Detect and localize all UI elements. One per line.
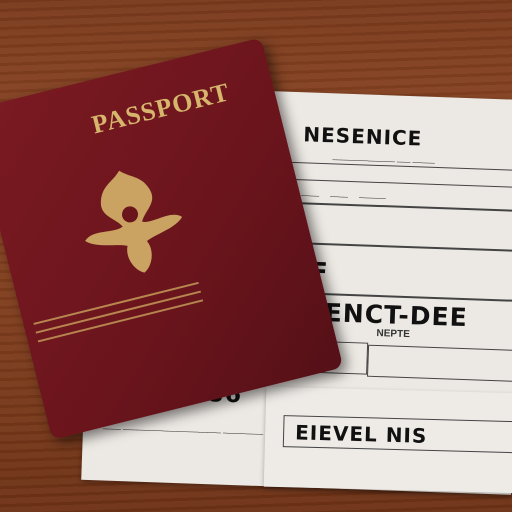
crest-emblem-icon xyxy=(49,144,214,294)
form-label-small: NEPTE xyxy=(376,328,410,340)
paper-slip: EIEVEL NIS xyxy=(264,387,512,494)
form-field xyxy=(367,345,512,382)
passport-cover-text: PASSPORT xyxy=(89,77,233,140)
passport-lines xyxy=(32,275,205,349)
form-header: NESENICE xyxy=(303,122,423,150)
form-field xyxy=(262,161,512,188)
slip-label: EIEVEL NIS xyxy=(295,420,428,447)
